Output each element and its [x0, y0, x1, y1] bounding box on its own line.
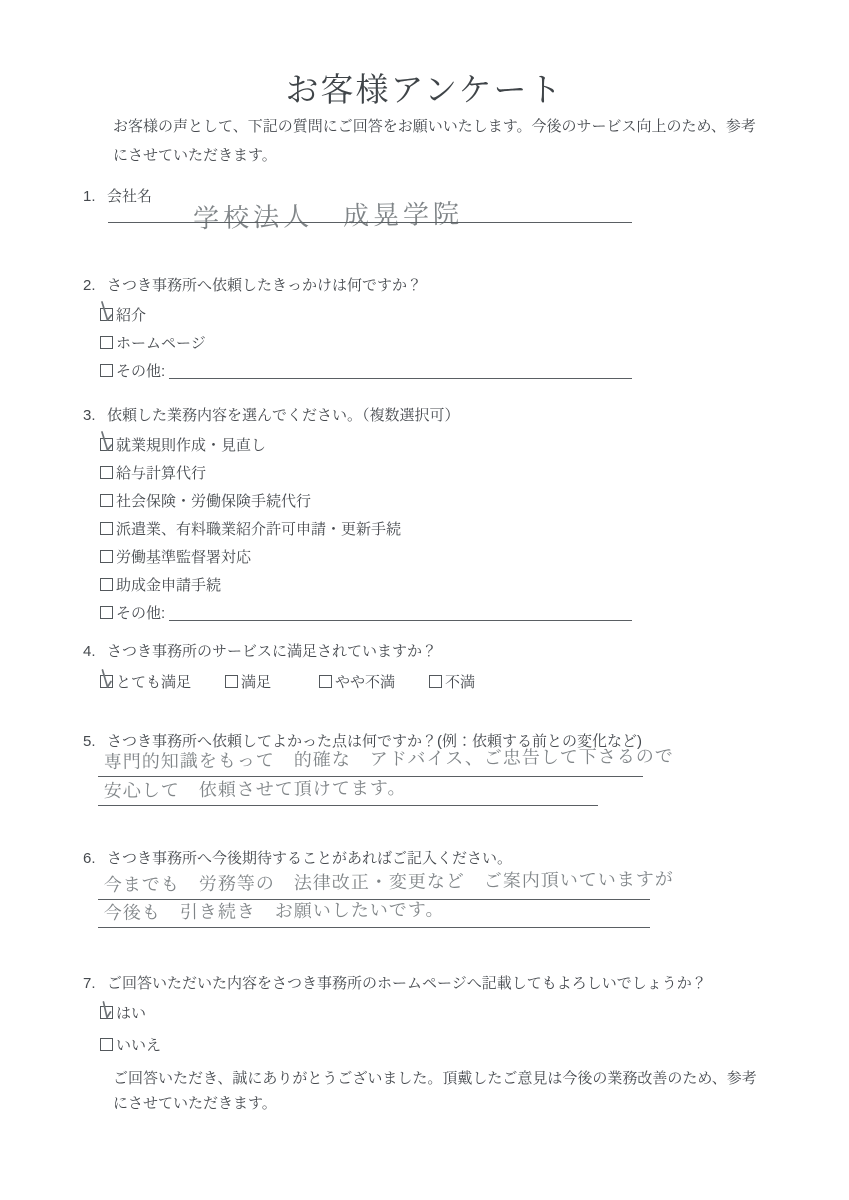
option-label: その他:: [116, 602, 165, 623]
q6-answer-line-2: 今後も 引き続き お願いしたいです。: [98, 899, 650, 928]
q5-handwriting-line-2: 安心して 依頼させて頂けてます。: [98, 774, 407, 805]
option-label: 不満: [445, 671, 475, 692]
checkbox: [100, 494, 113, 507]
checkbox: [100, 1006, 113, 1019]
option-other: その他:: [100, 360, 632, 381]
question-7: 7.ご回答いただいた内容をさつき事務所のホームページへ記載してもよろしいでしょう…: [83, 973, 707, 1062]
option-label: 労働基準監督署対応: [116, 546, 251, 567]
checkbox: [319, 675, 332, 688]
checkbox: [100, 308, 113, 321]
question-1-heading: 1.会社名: [83, 186, 152, 207]
checkbox: [100, 578, 113, 591]
option-satisfied: 満足: [225, 671, 271, 692]
checkbox: [429, 675, 442, 688]
question-label: 会社名: [107, 188, 152, 205]
checkbox: [100, 522, 113, 535]
option-dispatch: 派遣業、有料職業紹介許可申請・更新手続: [100, 518, 632, 539]
question-number: 2.: [83, 275, 107, 296]
q1-answer-line: [108, 222, 632, 223]
option-labor-standards: 労働基準監督署対応: [100, 546, 632, 567]
survey-intro: お客様の声として、下記の質問にご回答をお願いいたします。今後のサービス向上のため…: [113, 112, 761, 170]
question-label: さつき事務所へ依頼したきっかけは何ですか？: [107, 277, 422, 294]
checkbox: [100, 438, 113, 451]
option-homepage: ホームページ: [100, 332, 632, 353]
option-label: 社会保険・労働保険手続代行: [116, 490, 311, 511]
checkbox: [225, 675, 238, 688]
option-label: 満足: [241, 671, 271, 692]
option-payroll: 給与計算代行: [100, 462, 632, 483]
question-label: さつき事務所へ今後期待することがあればご記入ください。: [107, 850, 512, 867]
question-number: 1.: [83, 186, 107, 207]
check-mark-icon: [100, 438, 113, 451]
option-no: いいえ: [100, 1034, 707, 1055]
option-label: はい: [116, 1002, 146, 1023]
option-work-rules: 就業規則作成・見直し: [100, 434, 632, 455]
option-dissatisfied: 不満: [429, 671, 475, 692]
checkbox: [100, 336, 113, 349]
check-mark-icon: [100, 308, 113, 321]
question-number: 7.: [83, 973, 107, 994]
checkbox: [100, 364, 113, 377]
q6-handwriting-line-1: 今までも 労務等の 法律改正・変更など ご案内頂いていますが: [98, 865, 674, 899]
option-label: やや不満: [335, 671, 395, 692]
checkbox: [100, 550, 113, 563]
question-label: 依頼した業務内容を選んでください。（複数選択可）: [107, 407, 460, 424]
option-referral: 紹介: [100, 304, 632, 325]
question-3: 3.依頼した業務内容を選んでください。（複数選択可） 就業規則作成・見直し 給与…: [83, 405, 632, 630]
checkbox: [100, 606, 113, 619]
check-mark-icon: [100, 1006, 113, 1019]
question-number: 6.: [83, 848, 107, 869]
option-label: いいえ: [116, 1034, 161, 1055]
question-4-heading: 4.さつき事務所のサービスに満足されていますか？: [83, 641, 475, 662]
question-label: ご回答いただいた内容をさつき事務所のホームページへ記載してもよろしいでしょうか？: [107, 975, 707, 992]
question-3-heading: 3.依頼した業務内容を選んでください。（複数選択可）: [83, 405, 632, 426]
survey-footer: ご回答いただき、誠にありがとうございました。頂戴したご意見は今後の業務改善のため…: [113, 1066, 768, 1116]
question-2-heading: 2.さつき事務所へ依頼したきっかけは何ですか？: [83, 275, 632, 296]
q1-company-name-handwriting: 学校法人 成晃学院: [193, 194, 464, 236]
option-subsidy: 助成金申請手続: [100, 574, 632, 595]
question-6: 6.さつき事務所へ今後期待することがあればご記入ください。: [83, 848, 512, 869]
checkbox: [100, 466, 113, 479]
q6-handwriting-line-2: 今後も 引き続き お願いしたいです。: [98, 895, 445, 927]
option-yes: はい: [100, 1002, 707, 1023]
option-other: その他:: [100, 602, 632, 623]
q5-handwriting-line-1: 専門的知識をもって 的確な アドバイス、ご忠告して下さるので: [98, 742, 674, 776]
option-label: 派遣業、有料職業紹介許可申請・更新手続: [116, 518, 401, 539]
question-number: 4.: [83, 641, 107, 662]
option-label: その他:: [116, 360, 165, 381]
question-label: さつき事務所のサービスに満足されていますか？: [107, 643, 437, 660]
checkbox: [100, 1038, 113, 1051]
option-label: 就業規則作成・見直し: [116, 434, 266, 455]
other-blank-line: [169, 605, 632, 621]
survey-title: お客様アンケート: [0, 64, 849, 111]
option-label: 助成金申請手続: [116, 574, 221, 595]
option-very-satisfied: とても満足: [100, 671, 191, 692]
checkbox: [100, 675, 113, 688]
other-blank-line: [169, 363, 632, 379]
question-1: 1.会社名: [83, 186, 152, 207]
q5-answer-line-2: 安心して 依頼させて頂けてます。: [98, 781, 598, 806]
survey-page: お客様アンケート お客様の声として、下記の質問にご回答をお願いいたします。今後の…: [0, 0, 849, 1200]
question-7-heading: 7.ご回答いただいた内容をさつき事務所のホームページへ記載してもよろしいでしょう…: [83, 973, 707, 994]
option-insurance: 社会保険・労働保険手続代行: [100, 490, 632, 511]
option-label: とても満足: [116, 671, 191, 692]
question-number: 3.: [83, 405, 107, 426]
question-2: 2.さつき事務所へ依頼したきっかけは何ですか？ 紹介 ホームページ その他:: [83, 275, 632, 388]
option-label: 給与計算代行: [116, 462, 206, 483]
question-6-heading: 6.さつき事務所へ今後期待することがあればご記入ください。: [83, 848, 512, 869]
option-label: ホームページ: [116, 332, 206, 353]
check-mark-icon: [100, 675, 113, 688]
question-4: 4.さつき事務所のサービスに満足されていますか？ とても満足 満足 やや不満: [83, 641, 475, 692]
option-slightly-dissatisfied: やや不満: [319, 671, 395, 692]
option-label: 紹介: [116, 304, 146, 325]
